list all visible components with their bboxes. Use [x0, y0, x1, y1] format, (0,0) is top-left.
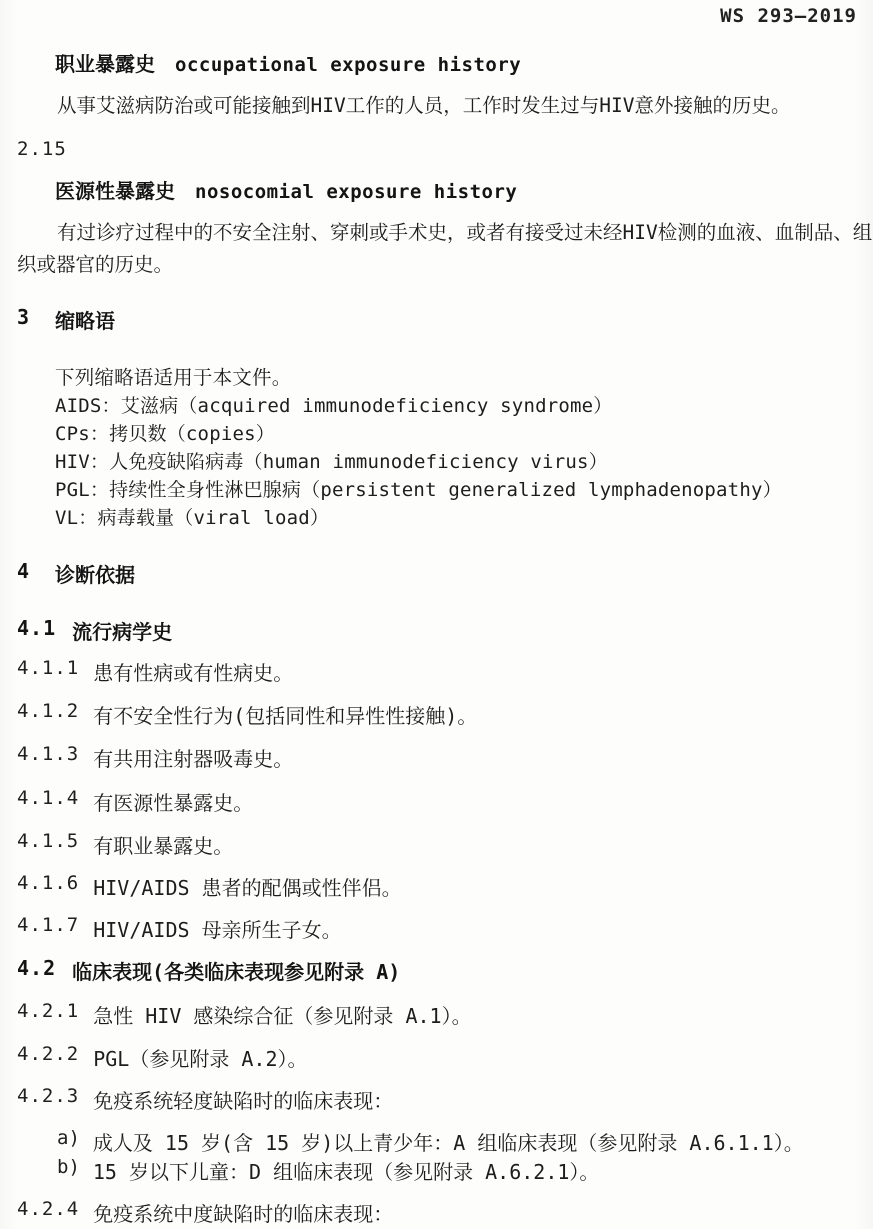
clause-text: HIV/AIDS 母亲所生子女。 — [93, 914, 341, 943]
clause-text: 有职业暴露史。 — [93, 830, 233, 859]
abbreviation-line: HIV：人免疫缺陷病毒（human immunodeficiency virus… — [55, 447, 608, 474]
clause-4-2-1: 4.2.1 急性 HIV 感染综合征（参见附录 A.1）。 — [17, 1000, 472, 1029]
abbreviation-line: CPs：拷贝数（copies） — [55, 419, 275, 446]
clause-number: 4.2.3 — [17, 1085, 79, 1114]
term-en: nosocomial exposure history — [195, 181, 517, 203]
section-title: 诊断依据 — [55, 559, 135, 588]
clause-4-1-6: 4.1.6 HIV/AIDS 患者的配偶或性伴侣。 — [17, 872, 402, 901]
subsection-title: 临床表现(各类临床表现参见附录 A) — [72, 956, 400, 985]
abbreviation-line: VL：病毒载量（viral load） — [55, 503, 329, 530]
term-zh: 职业暴露史 — [55, 52, 155, 76]
subsection-number: 4.1 — [17, 616, 56, 645]
abbreviation-line: AIDS：艾滋病（acquired immunodeficiency syndr… — [55, 391, 612, 418]
abbreviation-line: PGL：持续性全身性淋巴腺病（persistent generalized ly… — [55, 475, 782, 502]
clause-4-2-4: 4.2.4 免疫系统中度缺陷时的临床表现： — [17, 1198, 393, 1227]
clause-text: HIV/AIDS 患者的配偶或性伴侣。 — [93, 872, 401, 901]
term-definition-occupational: 从事艾滋病防治或可能接触到HIV工作的人员，工作时发生过与HIV意外接触的历史。 — [17, 90, 873, 122]
list-text: 15 岁以下儿童：D 组临床表现（参见附录 A.6.2.1）。 — [93, 1156, 600, 1185]
section-number: 3 — [17, 305, 39, 334]
term-zh: 医源性暴露史 — [55, 179, 175, 203]
subsection-title: 流行病学史 — [72, 616, 172, 645]
term-heading-occupational: 职业暴露史occupational exposure history — [55, 48, 521, 77]
clause-number: 4.1.5 — [17, 830, 79, 859]
clause-number: 4.1.3 — [17, 743, 79, 772]
clause-4-1-1: 4.1.1 患有性病或有性病史。 — [17, 657, 293, 686]
clause-text: 患有性病或有性病史。 — [93, 657, 293, 686]
doc-number: WS 293—2019 — [720, 5, 857, 27]
document-page: WS 293—2019 职业暴露史occupational exposure h… — [0, 0, 873, 1229]
list-text: 成人及 15 岁(含 15 岁)以上青少年：A 组临床表现（参见附录 A.6.1… — [93, 1127, 804, 1156]
list-marker: a) — [57, 1127, 80, 1156]
term-heading-nosocomial: 医源性暴露史nosocomial exposure history — [55, 175, 517, 204]
clause-number: 4.1.6 — [17, 872, 79, 901]
clause-text: 有医源性暴露史。 — [93, 787, 253, 816]
clause-text: 有共用注射器吸毒史。 — [93, 743, 293, 772]
clause-4-1-2: 4.1.2 有不安全性行为(包括同性和异性性接触)。 — [17, 700, 477, 729]
clause-text: PGL（参见附录 A.2）。 — [93, 1043, 307, 1072]
abbreviations-intro: 下列缩略语适用于本文件。 — [55, 362, 291, 390]
list-marker: b) — [57, 1156, 80, 1185]
clause-number: 4.1.4 — [17, 787, 79, 816]
clause-number: 4.1.7 — [17, 914, 79, 943]
section-title: 缩略语 — [55, 305, 115, 334]
subsection-heading-epidemiology: 4.1 流行病学史 — [17, 616, 172, 645]
clause-4-1-4: 4.1.4 有医源性暴露史。 — [17, 787, 253, 816]
clause-4-1-7: 4.1.7 HIV/AIDS 母亲所生子女。 — [17, 914, 342, 943]
section-heading-diagnosis: 4 诊断依据 — [17, 559, 135, 588]
term-item-number: 2.15 — [17, 138, 67, 160]
clause-text: 免疫系统轻度缺陷时的临床表现： — [93, 1085, 393, 1114]
list-item-a: a) 成人及 15 岁(含 15 岁)以上青少年：A 组临床表现（参见附录 A.… — [57, 1127, 804, 1156]
section-number: 4 — [17, 559, 39, 588]
clause-text: 急性 HIV 感染综合征（参见附录 A.1）。 — [93, 1000, 471, 1029]
clause-number: 4.2.2 — [17, 1043, 79, 1072]
subsection-heading-clinical: 4.2 临床表现(各类临床表现参见附录 A) — [17, 956, 400, 985]
section-heading-abbreviations: 3 缩略语 — [17, 305, 115, 334]
term-en: occupational exposure history — [175, 54, 521, 76]
clause-number: 4.1.1 — [17, 657, 79, 686]
clause-number: 4.2.1 — [17, 1000, 79, 1029]
clause-4-1-3: 4.1.3 有共用注射器吸毒史。 — [17, 743, 293, 772]
term-definition-nosocomial: 有过诊疗过程中的不安全注射、穿刺或手术史，或者有接受过未经HIV检测的血液、血制… — [17, 217, 873, 281]
clause-text: 有不安全性行为(包括同性和异性性接触)。 — [93, 700, 477, 729]
clause-4-2-3: 4.2.3 免疫系统轻度缺陷时的临床表现： — [17, 1085, 393, 1114]
clause-4-1-5: 4.1.5 有职业暴露史。 — [17, 830, 233, 859]
clause-number: 4.1.2 — [17, 700, 79, 729]
list-item-b: b) 15 岁以下儿童：D 组临床表现（参见附录 A.6.2.1）。 — [57, 1156, 599, 1185]
clause-number: 4.2.4 — [17, 1198, 79, 1227]
clause-text: 免疫系统中度缺陷时的临床表现： — [93, 1198, 393, 1227]
clause-4-2-2: 4.2.2 PGL（参见附录 A.2）。 — [17, 1043, 308, 1072]
subsection-number: 4.2 — [17, 956, 56, 985]
